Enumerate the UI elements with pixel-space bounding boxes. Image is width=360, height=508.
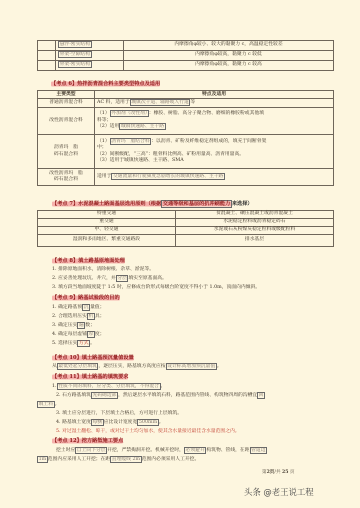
- mixture-type: 改性沥青混合料: [38, 108, 95, 135]
- table-row: 改性沥青玛 脂 碎石混合料 适用于交通流量和行驶频度急剧增长的城镇快速路、主干路: [38, 169, 334, 186]
- list-item: 3. 填方段当地面坡度陡于 1:5 时，应修成台阶形式每级台阶宽度不得小于 1.…: [52, 285, 260, 291]
- mixture-desc: （1）沥青玛 脂结合料：以沥青、矿粉及纤维稳定剂组成的，填充于间断骨架 中； （…: [95, 135, 334, 169]
- list-item: 2. 合理选用压实机具；: [52, 314, 105, 320]
- list-item: 1.性质不同的填料，应分类、分层填筑，不得混合。: [52, 384, 165, 390]
- section-7-heading: 【考点 7】水泥混凝土路面基层选用原则（根据交通等级和基层的抗冲刷能力来选择）: [52, 201, 253, 208]
- section-11-heading: 【考点 11】填土路基的填筑要求: [52, 374, 128, 381]
- traffic-level: 特重交通: [38, 211, 176, 219]
- structure-type: 骨架-空隙结构: [58, 51, 92, 58]
- document-page: 悬浮-密实结构 内摩擦角φ较小、较大的黏聚力 c，高温稳定性较差 骨架-空隙结构…: [0, 0, 360, 508]
- table-header-row: 主要类型 特点及适用: [38, 91, 334, 99]
- paragraph-continued: 1m范围内应采用人工开挖；在距直埋缆线 2m范围内必须采用人工开挖。: [37, 457, 199, 463]
- list-item: 3. 填土应分层进行，下层填土合格后，方可进行上层填筑。: [56, 411, 182, 417]
- base-material: 水泥稳定粒料或沥青稳定碎石: [176, 219, 334, 227]
- structure-type: 骨架-密实结构: [58, 61, 92, 68]
- section-12-heading: 【考点 12】挖方路堑施工要点: [52, 438, 123, 445]
- paragraph: 挖土时应自上向下分层开挖，严禁掏洞开挖。机械开挖时，必须避开构筑物、管线，在距管…: [56, 448, 267, 454]
- column-header: 主要类型: [38, 91, 95, 99]
- mixture-desc: AC 料，适用于城镇次干道、辅路或人行道等: [95, 99, 334, 108]
- table-row: 骨架-空隙结构 内摩擦角φ较高，黏聚力 c 较低: [38, 51, 334, 61]
- table-row: 骨架-密实结构 内摩擦角φ较高，黏聚力 c 较高: [38, 61, 334, 71]
- section-8-heading: 【考点 8】填土路基原地面处理: [52, 258, 125, 265]
- list-item: 1. 排除原地面积水，清除树根、杂草、淤泥等。: [52, 267, 154, 273]
- list-item: 5. 选择压实方式。: [52, 341, 95, 347]
- mixture-desc: 适用于交通流量和行驶频度急剧增长的城镇快速路、主干路: [95, 169, 334, 186]
- table-row: 特重交通 贫混凝土、碾压混凝土或沥青混凝土: [38, 211, 334, 219]
- section-10-heading: 【考点 10】填土路基预沉量值设置: [52, 355, 134, 362]
- mixture-type: 改性沥青玛 脂 碎石混合料: [38, 169, 95, 186]
- structure-desc: 内摩擦角φ较高，黏聚力 c 较低: [124, 51, 334, 61]
- mixture-desc: （1）外加剂（改性剂）：橡胶、树脂、高分子聚合物、磨细的橡胶粉或其他填 料等； …: [95, 108, 334, 135]
- traffic-level: 中、轻交通: [38, 227, 176, 235]
- page-number: 第2页/共 25 页: [262, 469, 294, 475]
- list-item: 2. 石方路基填筑先码砌边部，然后逐层水平填筑石料，路基范围内管线、构筑物四周的…: [56, 393, 265, 399]
- asphalt-mixture-table: 主要类型 特点及适用 普通沥青混合料 AC 料，适用于城镇次干道、辅路或人行道等…: [37, 90, 334, 186]
- traffic-level: 湿润和多雨地区、繁重交通路段: [38, 235, 176, 247]
- mixture-type: 普通沥青混合料: [38, 99, 95, 108]
- list-item: 4. 路基填土宽度每侧应比设计宽度宽500mm。: [56, 420, 164, 426]
- structure-type: 悬浮-密实结构: [58, 41, 92, 48]
- traffic-level: 重交通: [38, 219, 176, 227]
- table-row: 重交通 水泥稳定粒料或沥青稳定碎石: [38, 219, 334, 227]
- list-item-continued: 填土料。: [37, 402, 59, 408]
- base-material: 排水基层: [176, 235, 334, 247]
- section-6-heading: 【考点 6】热拌沥青混合料主要类型特点及适用: [51, 81, 160, 88]
- list-item: 4. 确定每层虚铺厚度；: [52, 332, 105, 338]
- structure-type-table: 悬浮-密实结构 内摩擦角φ较小、较大的黏聚力 c，高温稳定性较差 骨架-空隙结构…: [37, 40, 334, 71]
- structure-desc: 内摩擦角φ较高，黏聚力 c 较高: [124, 61, 334, 71]
- table-row: 中、轻交通 水泥或石灰粉煤灰稳定粒料或级配粒料: [38, 227, 334, 235]
- structure-desc: 内摩擦角φ较小、较大的黏聚力 c，高温稳定性较差: [124, 41, 334, 51]
- list-item: 3. 确定压实遍数；: [52, 323, 95, 329]
- paragraph: 从最低处起分层填筑，逐层压实，路基填方高度应按设计标高增加预沉量值。: [52, 364, 222, 370]
- list-item: 5. 对过湿土翻松、晾干，或对过干土均匀加水，使其含水量接近最佳含水量范围之内。: [56, 429, 240, 435]
- watermark: 头条 @老王说工程: [244, 486, 314, 498]
- table-row: 沥青玛 脂 碎石混合料 （1）沥青玛 脂结合料：以沥青、矿粉及纤维稳定剂组成的，…: [38, 135, 334, 169]
- table-row: 改性沥青混合料 （1）外加剂（改性剂）：橡胶、树脂、高分子聚合物、磨细的橡胶粉或…: [38, 108, 334, 135]
- mixture-type: 沥青玛 脂 碎石混合料: [38, 135, 95, 169]
- table-row: 普通沥青混合料 AC 料，适用于城镇次干道、辅路或人行道等: [38, 99, 334, 108]
- base-material: 贫混凝土、碾压混凝土或沥青混凝土: [176, 211, 334, 219]
- list-item: 2. 应妥善处理坟坑、井穴，并分层填实至原基面高。: [52, 276, 167, 282]
- column-header: 特点及适用: [95, 91, 334, 99]
- section-9-heading: 【考点 9】路基试验段的目的: [52, 295, 120, 302]
- table-row: 悬浮-密实结构 内摩擦角φ较小、较大的黏聚力 c，高温稳定性较差: [38, 41, 334, 51]
- base-selection-table: 特重交通 贫混凝土、碾压混凝土或沥青混凝土 重交通 水泥稳定粒料或沥青稳定碎石 …: [37, 210, 334, 247]
- table-row: 湿润和多雨地区、繁重交通路段 排水基层: [38, 235, 334, 247]
- base-material: 水泥或石灰粉煤灰稳定粒料或级配粒料: [176, 227, 334, 235]
- list-item: 1. 确定路基预沉量值；: [52, 305, 105, 311]
